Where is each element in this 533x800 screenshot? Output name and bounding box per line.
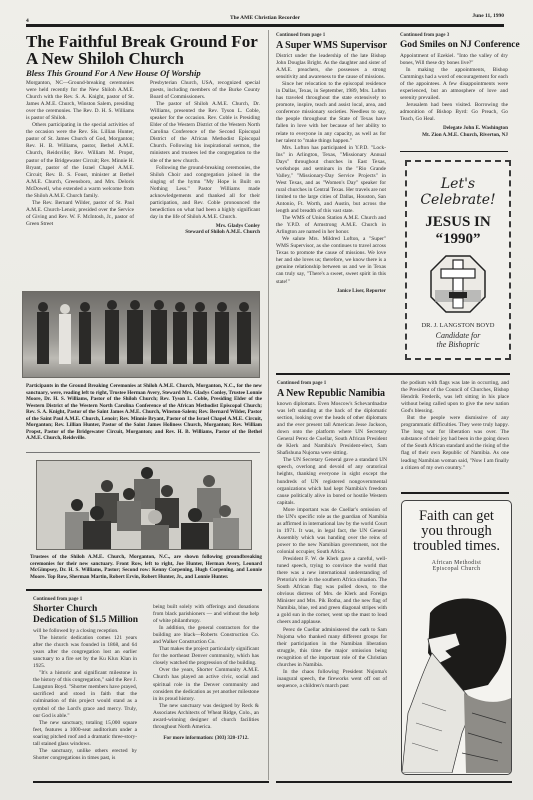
trustees-photo <box>36 460 252 550</box>
masthead-rule <box>26 24 504 27</box>
ad-line-2: “1990” <box>407 231 509 248</box>
column-divider <box>268 30 269 780</box>
photo-people-illustration <box>23 292 260 378</box>
faith-org-2: Episcopal Church <box>402 566 511 572</box>
troubled-man-illustration <box>402 593 512 773</box>
masthead: 4 The AME Christian Recorder June 11, 19… <box>26 12 504 22</box>
shiloh-column-2: Presbyterian Church, USA, recognized spe… <box>150 80 260 236</box>
paragraph: Jerusalem had been visited. Borrowing th… <box>400 102 508 123</box>
paragraph: The WMS of Union Station A.M.E. Church a… <box>276 215 386 236</box>
shiloh-headline: The Faithful Break Ground For A New Shil… <box>26 33 266 67</box>
paragraph: "It's a historic and significant milesto… <box>33 670 137 719</box>
paragraph: being built solely with offerings and do… <box>153 604 259 625</box>
shorter-column-2: being built solely with offerings and do… <box>153 604 259 741</box>
newspaper-page: 4 The AME Christian Recorder June 11, 19… <box>0 0 533 800</box>
paragraph: Others participating in the special acti… <box>26 122 134 200</box>
ground-breaking-photo <box>22 291 260 378</box>
issue-date: June 11, 1990 <box>472 13 504 19</box>
ad-line-1: JESUS IN <box>407 214 509 231</box>
paragraph: The pastor of Shiloh A.M.E. Church, Dr. … <box>150 101 260 164</box>
paragraph: Since her relocation to the episcopal re… <box>276 81 386 144</box>
faith-headline-1: Faith can get <box>402 509 511 524</box>
paragraph: The sanctuary, unlike others erected by … <box>33 748 137 762</box>
ame-faith-ad: Faith can get you through troubled times… <box>401 500 512 775</box>
shorter-continued-label: Continued from page 1 <box>33 597 82 602</box>
shorter-headline: Shorter Church Dedication of $1.5 Millio… <box>33 604 143 626</box>
paragraph: The Rev. Bernard Wilder, pastor of St. P… <box>26 200 134 228</box>
paragraph: President F. W. de Klerk gave a careful,… <box>277 556 387 626</box>
trustees-caption: Trustees of the Shiloh A.M.E. Church, Mo… <box>30 554 262 580</box>
paragraph: More important was de Cuellar's omission… <box>277 507 387 556</box>
divider <box>26 452 260 453</box>
paragraph: Following the ground-breaking ceremonies… <box>150 165 260 221</box>
shorter-info-line: For more information: (303) 320-1712. <box>153 735 259 742</box>
paragraph: Morganton, NC—Ground-breaking ceremonies… <box>26 80 134 122</box>
wms-headline: A Super WMS Supervisor <box>276 40 396 51</box>
photo-trustees-illustration <box>37 461 252 550</box>
divider <box>26 589 262 591</box>
namibia-column-2: the podium with flags was late in occurr… <box>401 380 509 472</box>
paragraph: Presbyterian Church, USA, recognized spe… <box>150 80 260 101</box>
ground-breaking-caption: Participants in the Ground Breaking Cere… <box>26 383 262 442</box>
nj-signature: Delegate John E. Washington Mt. Zion A.M… <box>400 125 508 138</box>
paragraph: But the people were dismissive of any pr… <box>401 415 509 471</box>
paragraph: The new sanctuary was designed by Reck &… <box>153 703 259 731</box>
shiloh-column-1: Morganton, NC—Ground-breaking ceremonies… <box>26 80 134 228</box>
paragraph: In addition, the general contractors for… <box>153 625 259 646</box>
candidate-tagline-1: Candidate for <box>407 331 509 340</box>
paragraph: We salute Mrs. Mildred Lofton, a "Super"… <box>276 236 386 285</box>
bottom-rule <box>276 781 512 783</box>
paragraph: In making the appointments, Bishop Cummi… <box>400 67 508 102</box>
wms-signature: Janice Liser, Reporter <box>276 288 386 295</box>
nj-continued-label: Continued from page 3 <box>400 33 449 38</box>
ad-script-heading: Let's Celebrate! <box>407 176 509 208</box>
wms-continued-label: Continued from page 1 <box>276 33 325 38</box>
publication-title: The AME Christian Recorder <box>26 15 504 21</box>
paragraph: known diplomats. Even Moscow's Schevardn… <box>277 401 387 457</box>
bottom-rule <box>33 781 269 783</box>
boyd-campaign-ad: Let's Celebrate! JESUS IN “1990” DR. J. … <box>405 160 511 360</box>
faith-headline-2: you through <box>402 524 511 539</box>
paragraph: the podium with flags was late in occurr… <box>401 380 509 415</box>
paragraph: The UN Secretary General gave a standard… <box>277 457 387 506</box>
paragraph: That makes the project particularly sign… <box>153 646 259 667</box>
faith-headline-3: troubled times. <box>402 539 511 554</box>
paragraph: The historic dedication comes 121 years … <box>33 635 137 670</box>
paragraph: In the chaos following President Nujoma'… <box>277 669 387 690</box>
paragraph: Over the years, Shorter Community A.M.E.… <box>153 667 259 702</box>
divider <box>276 373 510 375</box>
divider <box>400 151 508 152</box>
paragraph: Mrs. Lofton has participated in Y.P.D. "… <box>276 145 386 215</box>
nj-column: Appointment of Ezekiel. "Into the valley… <box>400 53 508 138</box>
shiloh-signature: Mrs. Gladys Conley Steward of Shiloh A.M… <box>150 223 260 236</box>
paragraph: The new sanctuary, totaling 15,000 squar… <box>33 720 137 748</box>
namibia-column-1: known diplomats. Even Moscow's Schevardn… <box>277 401 387 690</box>
nj-headline: God Smiles on NJ Conference <box>400 40 530 51</box>
shiloh-subhead: Bless This Ground For A New House Of Wor… <box>26 68 266 78</box>
cross-emblem-icon <box>429 254 487 314</box>
paragraph: Perez de Cuellar administered the oath t… <box>277 627 387 669</box>
paragraph: will be followed by a closing reception. <box>33 628 137 635</box>
paragraph: District under the leadership of the lat… <box>276 53 386 81</box>
candidate-tagline-2: the Bishopric <box>407 340 509 349</box>
namibia-headline: A New Republic Namibia <box>277 388 401 399</box>
divider <box>401 492 509 494</box>
paragraph: Appointment of Ezekiel. "Into the valley… <box>400 53 508 67</box>
candidate-name: DR. J. LANGSTON BOYD <box>407 322 509 329</box>
namibia-continued-label: Continued from page 1 <box>277 381 326 386</box>
wms-column: District under the leadership of the lat… <box>276 53 386 294</box>
shorter-column-1: will be followed by a closing reception.… <box>33 628 137 762</box>
